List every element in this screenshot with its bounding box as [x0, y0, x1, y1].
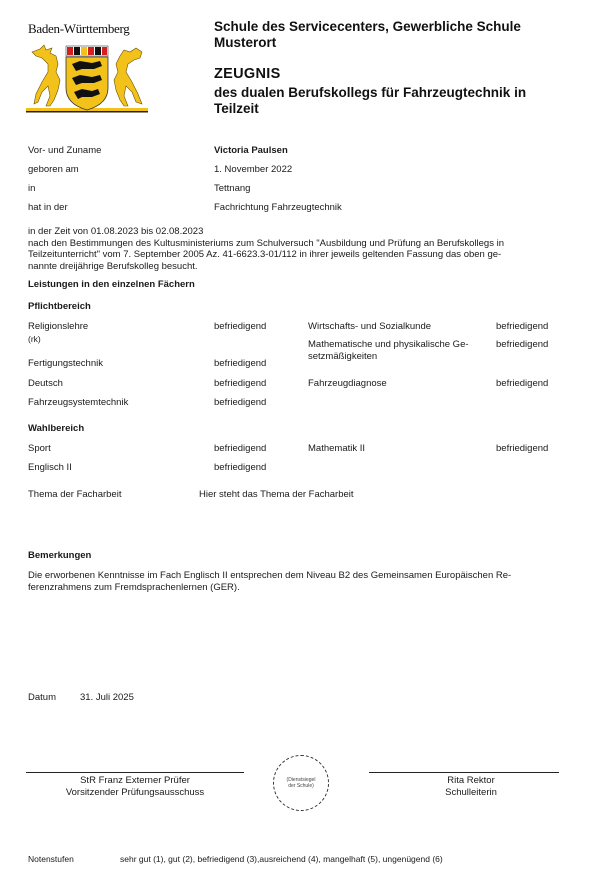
thesis-label: Thema der Facharbeit — [28, 489, 121, 500]
subtitle-line2: Teilzeit — [214, 101, 574, 117]
grade-fahrzeugdiagnose: befriedigend — [496, 378, 548, 389]
date-value: 31. Juli 2025 — [80, 692, 134, 703]
examiner-role: Vorsitzender Prüfungsausschuss — [26, 787, 244, 799]
grade-mathematik-ii: befriedigend — [496, 443, 548, 454]
date-label: Datum — [28, 692, 56, 703]
remarks-heading: Bemerkungen — [28, 550, 91, 561]
signature-left: StR Franz Externer Prüfer Vorsitzender P… — [26, 775, 244, 799]
subject-sport: Sport — [28, 443, 51, 454]
signature-right: Rita Rektor Schulleiterin — [369, 775, 573, 799]
grade-mathematik-physik: befriedigend — [496, 339, 548, 350]
place-value: Tettnang — [214, 183, 250, 194]
subject-wirtschaft: Wirtschafts- und Sozialkunde — [308, 321, 431, 332]
school-name: Schule des Servicecenters, Gewerbliche S… — [214, 19, 574, 51]
school-seal-placeholder: (Dienstsiegel der Schule) — [273, 755, 329, 811]
intro-line4: nannte dreijährige Berufskolleg besucht. — [28, 261, 568, 273]
subject-deutsch: Deutsch — [28, 378, 63, 389]
document-subtitle: des dualen Berufskollegs für Fahrzeugtec… — [214, 85, 574, 117]
principal-role: Schulleiterin — [369, 787, 573, 799]
grading-scale-value: sehr gut (1), gut (2), befriedigend (3),… — [120, 854, 443, 864]
coat-of-arms-icon — [26, 42, 148, 114]
intro-line1: in der Zeit von 01.08.2023 bis 02.08.202… — [28, 226, 568, 238]
grade-fertigungstechnik: befriedigend — [214, 358, 266, 369]
mandatory-heading: Pflichtbereich — [28, 301, 91, 312]
school-name-line2: Musterort — [214, 35, 574, 51]
place-label: in — [28, 183, 35, 194]
remarks-text: Die erworbenen Kenntnisse im Fach Englis… — [28, 570, 511, 594]
grade-religion: befriedigend — [214, 321, 266, 332]
subtitle-line1: des dualen Berufskollegs für Fahrzeugtec… — [214, 85, 574, 101]
grade-deutsch: befriedigend — [214, 378, 266, 389]
grading-scale-label: Notenstufen — [28, 854, 74, 864]
subject-fahrzeugsystemtechnik: Fahrzeugsystemtechnik — [28, 397, 128, 408]
subject-religion-note: (rk) — [28, 333, 88, 345]
grade-fahrzeugsystemtechnik: befriedigend — [214, 397, 266, 408]
subject-fertigungstechnik: Fertigungstechnik — [28, 358, 103, 369]
name-value: Victoria Paulsen — [214, 145, 288, 156]
thesis-value: Hier steht das Thema der Facharbeit — [199, 489, 354, 500]
birth-label: geboren am — [28, 164, 79, 175]
intro-line3: Teilzeitunterricht" vom 7. September 200… — [28, 249, 568, 261]
subject-mathematik-physik: Mathematische und physikalische Ge- setz… — [308, 339, 469, 363]
elective-heading: Wahlbereich — [28, 423, 84, 434]
examiner-name: StR Franz Externer Prüfer — [26, 775, 244, 787]
grade-wirtschaft: befriedigend — [496, 321, 548, 332]
state-name: Baden-Württemberg — [28, 21, 130, 37]
intro-line2: nach den Bestimmungen des Kultusminister… — [28, 238, 568, 250]
grade-englisch: befriedigend — [214, 462, 266, 473]
subject-mathematik-ii: Mathematik II — [308, 443, 365, 454]
field-label: hat in der — [28, 202, 68, 213]
name-label: Vor- und Zuname — [28, 145, 101, 156]
school-name-line1: Schule des Servicecenters, Gewerbliche S… — [214, 19, 574, 35]
document-title: ZEUGNIS — [214, 66, 281, 82]
birth-value: 1. November 2022 — [214, 164, 292, 175]
field-value: Fachrichtung Fahrzeugtechnik — [214, 202, 342, 213]
performance-heading: Leistungen in den einzelnen Fächern — [28, 279, 195, 290]
subject-fahrzeugdiagnose: Fahrzeugdiagnose — [308, 378, 387, 389]
subject-englisch: Englisch II — [28, 462, 72, 473]
signature-line-left — [26, 772, 244, 773]
grade-sport: befriedigend — [214, 443, 266, 454]
intro-paragraph: in der Zeit von 01.08.2023 bis 02.08.202… — [28, 226, 568, 272]
principal-name: Rita Rektor — [369, 775, 573, 787]
subject-religion: Religionslehre (rk) — [28, 321, 88, 345]
signature-line-right — [369, 772, 559, 773]
